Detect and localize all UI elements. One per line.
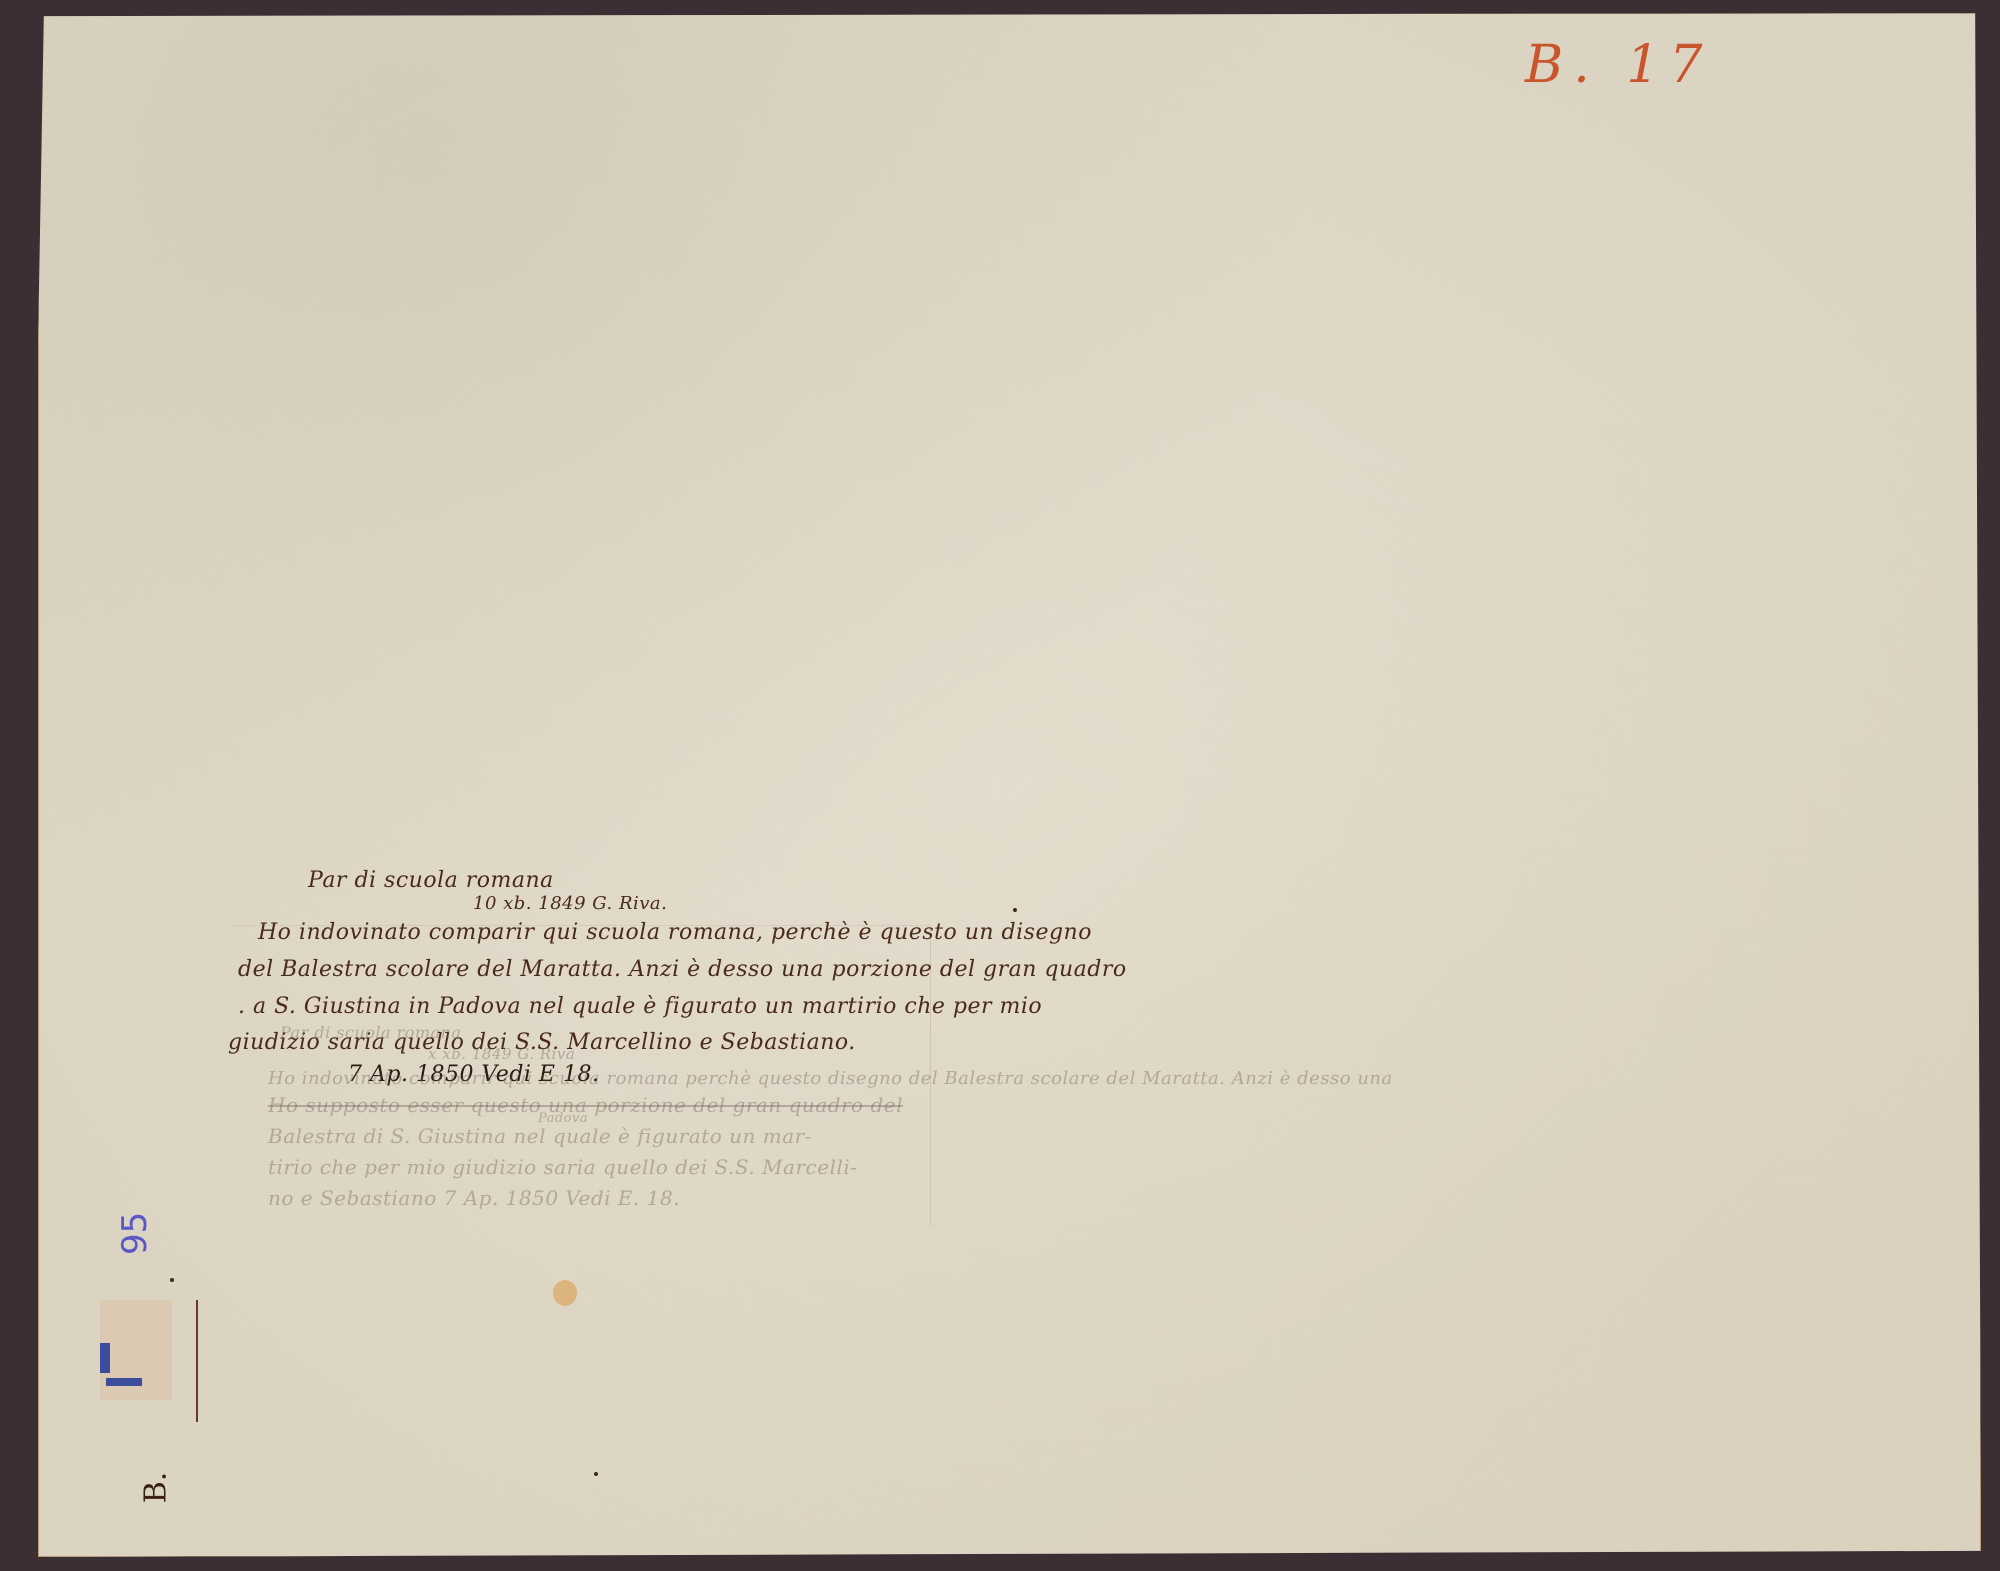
faint-line: tirio che per mio giudizio saria quello … xyxy=(268,1155,858,1179)
faint-date: x xb. 1849 G. Riva xyxy=(428,1045,575,1063)
faint-heading: Par di scuola romana xyxy=(280,1023,461,1042)
faint-line: no e Sebastiano 7 Ap. 1850 Vedi E. 18. xyxy=(268,1186,680,1210)
stamp-glyph-icon xyxy=(106,1378,142,1386)
inventory-mark: B. 17 xyxy=(1525,35,1712,95)
foxing-stain xyxy=(553,1280,577,1306)
ink-dot xyxy=(170,1278,174,1282)
annotation-line: del Balestra scolare del Maratta. Anzi è… xyxy=(238,957,1127,982)
ink-dot xyxy=(1013,908,1017,912)
faint-line: Ho indovinato comparir qui scuola romana… xyxy=(268,1068,1393,1089)
faint-line: Balestra di S. Giustina nel quale è figu… xyxy=(268,1124,812,1148)
annotation-date-signature: 10 xb. 1849 G. Riva. xyxy=(473,893,667,914)
collection-number: 95 xyxy=(115,1212,155,1255)
annotation-line: . a S. Giustina in Padova nel quale è fi… xyxy=(238,994,1042,1019)
stamp-glyph-icon xyxy=(100,1343,110,1373)
corner-mark: B. xyxy=(138,1472,173,1504)
ink-rule xyxy=(196,1300,198,1422)
collector-stamp xyxy=(100,1300,172,1400)
ink-dot xyxy=(594,1472,598,1476)
paper-sheet xyxy=(38,13,1981,1557)
annotation-line: Ho indovinato comparir qui scuola romana… xyxy=(258,920,1092,945)
annotation-heading: Par di scuola romana xyxy=(308,868,554,893)
